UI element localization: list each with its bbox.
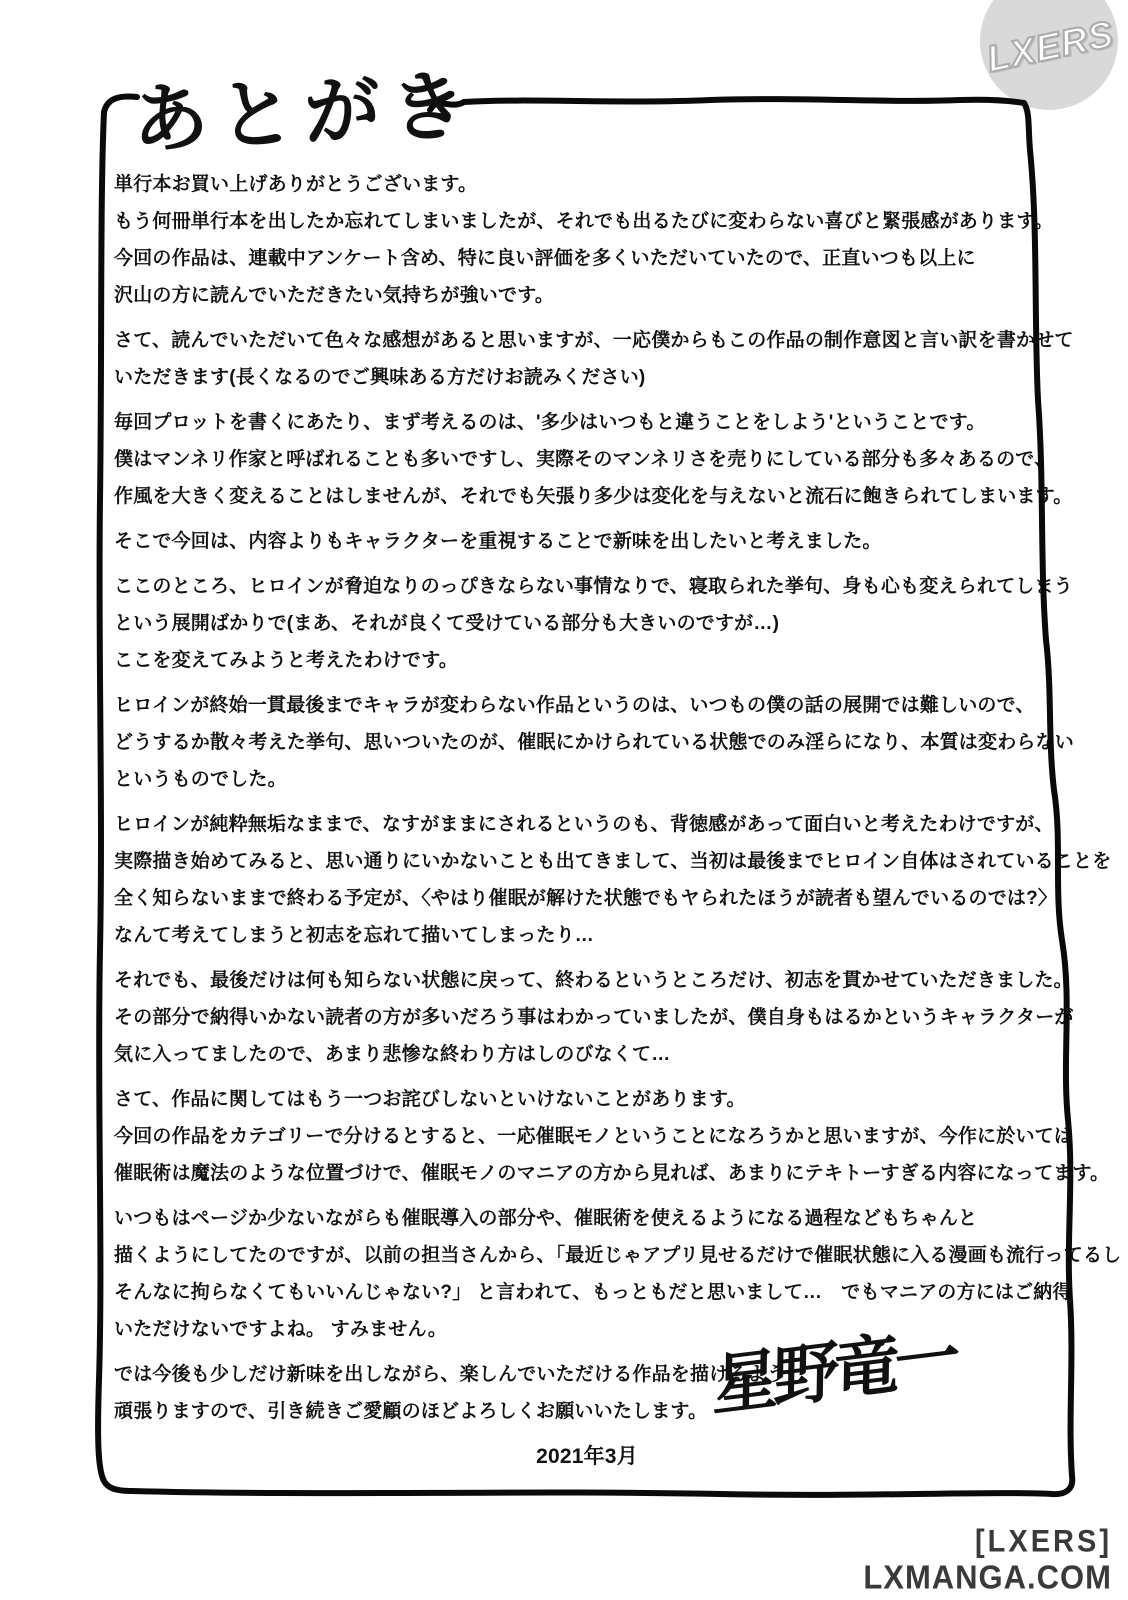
- text-line: 全く知らないままで終わる予定が、〈やはり催眠が解けた状態でもヤられたほうが読者も…: [114, 880, 1024, 917]
- text-line: という展開ばかりで(まあ、それが良くて受けている部分も大きいのですが…): [114, 605, 1024, 642]
- text-line: 気に入ってましたので、あまり悲惨な終わり方はしのびなくて…: [114, 1036, 1024, 1073]
- text-line: いつもはページか少ないながらも催眠導入の部分や、催眠術を使えるようになる過程など…: [114, 1200, 1024, 1237]
- text-line: なんて考えてしまうと初志を忘れて描いてしまったり…: [114, 917, 1024, 954]
- date-line: 2021年3月: [114, 1438, 1024, 1475]
- text-line: ここを変えてみようと考えたわけです。: [114, 642, 1024, 679]
- paragraph: さて、作品に関してはもう一つお詫びしないといけないことがあります。今回の作品をカ…: [114, 1081, 1024, 1192]
- lxers-logo-badge: LXERS: [980, 0, 1118, 110]
- text-line: 毎回プロットを書くにあたり、まず考えるのは、'多少はいつもと違うことをしよう'と…: [114, 404, 1024, 441]
- text-line: 沢山の方に読んでいただきたい気持ちが強いです。: [114, 277, 1024, 314]
- credit-group-name: [LXERS]: [863, 1526, 1112, 1560]
- paragraph: 単行本お買い上げありがとうございます。もう何冊単行本を出したか忘れてしまいました…: [114, 166, 1024, 314]
- paragraph: ヒロインが終始一貫最後までキャラが変わらない作品というのは、いつもの僕の話の展開…: [114, 687, 1024, 798]
- afterword-page: LXERS あとがき 単行本お買い上げありがとうございます。もう何冊単行本を出し…: [0, 0, 1128, 1600]
- text-line: いただきます(長くなるのでご興味ある方だけお読みください): [114, 359, 1024, 396]
- paragraph: ここのところ、ヒロインが脅迫なりのっぴきならない事情なりで、寝取られた挙句、身も…: [114, 568, 1024, 679]
- text-line: 描くようにしてたのですが、以前の担当さんから、「最近じゃアプリ見せるだけで催眠状…: [114, 1237, 1024, 1274]
- text-line: それでも、最後だけは何も知らない状態に戻って、終わるというところだけ、初志を貫か…: [114, 962, 1024, 999]
- page-title: あとがき: [130, 45, 478, 169]
- text-line: 今回の作品は、連載中アンケート含め、特に良い評価を多くいただいていたので、正直い…: [114, 240, 1024, 277]
- text-line: というものでした。: [114, 761, 1024, 798]
- paragraph: さて、読んでいただいて色々な感想があると思いますが、一応僕からもこの作品の制作意…: [114, 322, 1024, 396]
- afterword-body: 単行本お買い上げありがとうございます。もう何冊単行本を出したか忘れてしまいました…: [114, 166, 1024, 1475]
- text-line: もう何冊単行本を出したか忘れてしまいましたが、それでも出るたびに変わらない喜びと…: [114, 203, 1024, 240]
- text-line: 今回の作品をカテゴリーで分けるとすると、一応催眠モノということになろうかと思いま…: [114, 1118, 1024, 1155]
- lxers-logo-text: LXERS: [983, 13, 1117, 81]
- credit-site-name: LXMANGA.COM: [863, 1560, 1112, 1596]
- text-line: そんなに拘らなくてもいいんじゃない?」 と言われて、もっともだと思いまして… で…: [114, 1274, 1024, 1311]
- text-line: 単行本お買い上げありがとうございます。: [114, 166, 1024, 203]
- text-line: さて、作品に関してはもう一つお詫びしないといけないことがあります。: [114, 1081, 1024, 1118]
- text-line: ここのところ、ヒロインが脅迫なりのっぴきならない事情なりで、寝取られた挙句、身も…: [114, 568, 1024, 605]
- text-line: さて、読んでいただいて色々な感想があると思いますが、一応僕からもこの作品の制作意…: [114, 322, 1024, 359]
- scanlation-credit: [LXERS] LXMANGA.COM: [863, 1526, 1112, 1596]
- text-line: ヒロインが純粋無垢なままで、なすがままにされるというのも、背徳感があって面白いと…: [114, 806, 1024, 843]
- text-line: どうするか散々考えた挙句、思いついたのが、催眠にかけられている状態でのみ淫らにな…: [114, 724, 1024, 761]
- paragraph: そこで今回は、内容よりもキャラクターを重視することで新味を出したいと考えました。: [114, 523, 1024, 560]
- text-line: 催眠術は魔法のような位置づけで、催眠モノのマニアの方から見れば、あまりにテキトー…: [114, 1155, 1024, 1192]
- text-line: そこで今回は、内容よりもキャラクターを重視することで新味を出したいと考えました。: [114, 523, 1024, 560]
- text-line: 作風を大きく変えることはしませんが、それでも矢張り多少は変化を与えないと流石に飽…: [114, 478, 1024, 515]
- paragraph: ヒロインが純粋無垢なままで、なすがままにされるというのも、背徳感があって面白いと…: [114, 806, 1024, 954]
- text-line: 実際描き始めてみると、思い通りにいかないことも出てきまして、当初は最後までヒロイ…: [114, 843, 1024, 880]
- text-line: その部分で納得いかない読者の方が多いだろう事はわかっていましたが、僕自身もはるか…: [114, 999, 1024, 1036]
- text-line: ヒロインが終始一貫最後までキャラが変わらない作品というのは、いつもの僕の話の展開…: [114, 687, 1024, 724]
- paragraph: それでも、最後だけは何も知らない状態に戻って、終わるというところだけ、初志を貫か…: [114, 962, 1024, 1073]
- text-line: 僕はマンネリ作家と呼ばれることも多いですし、実際そのマンネリさを売りにしている部…: [114, 441, 1024, 478]
- paragraph: 毎回プロットを書くにあたり、まず考えるのは、'多少はいつもと違うことをしよう'と…: [114, 404, 1024, 515]
